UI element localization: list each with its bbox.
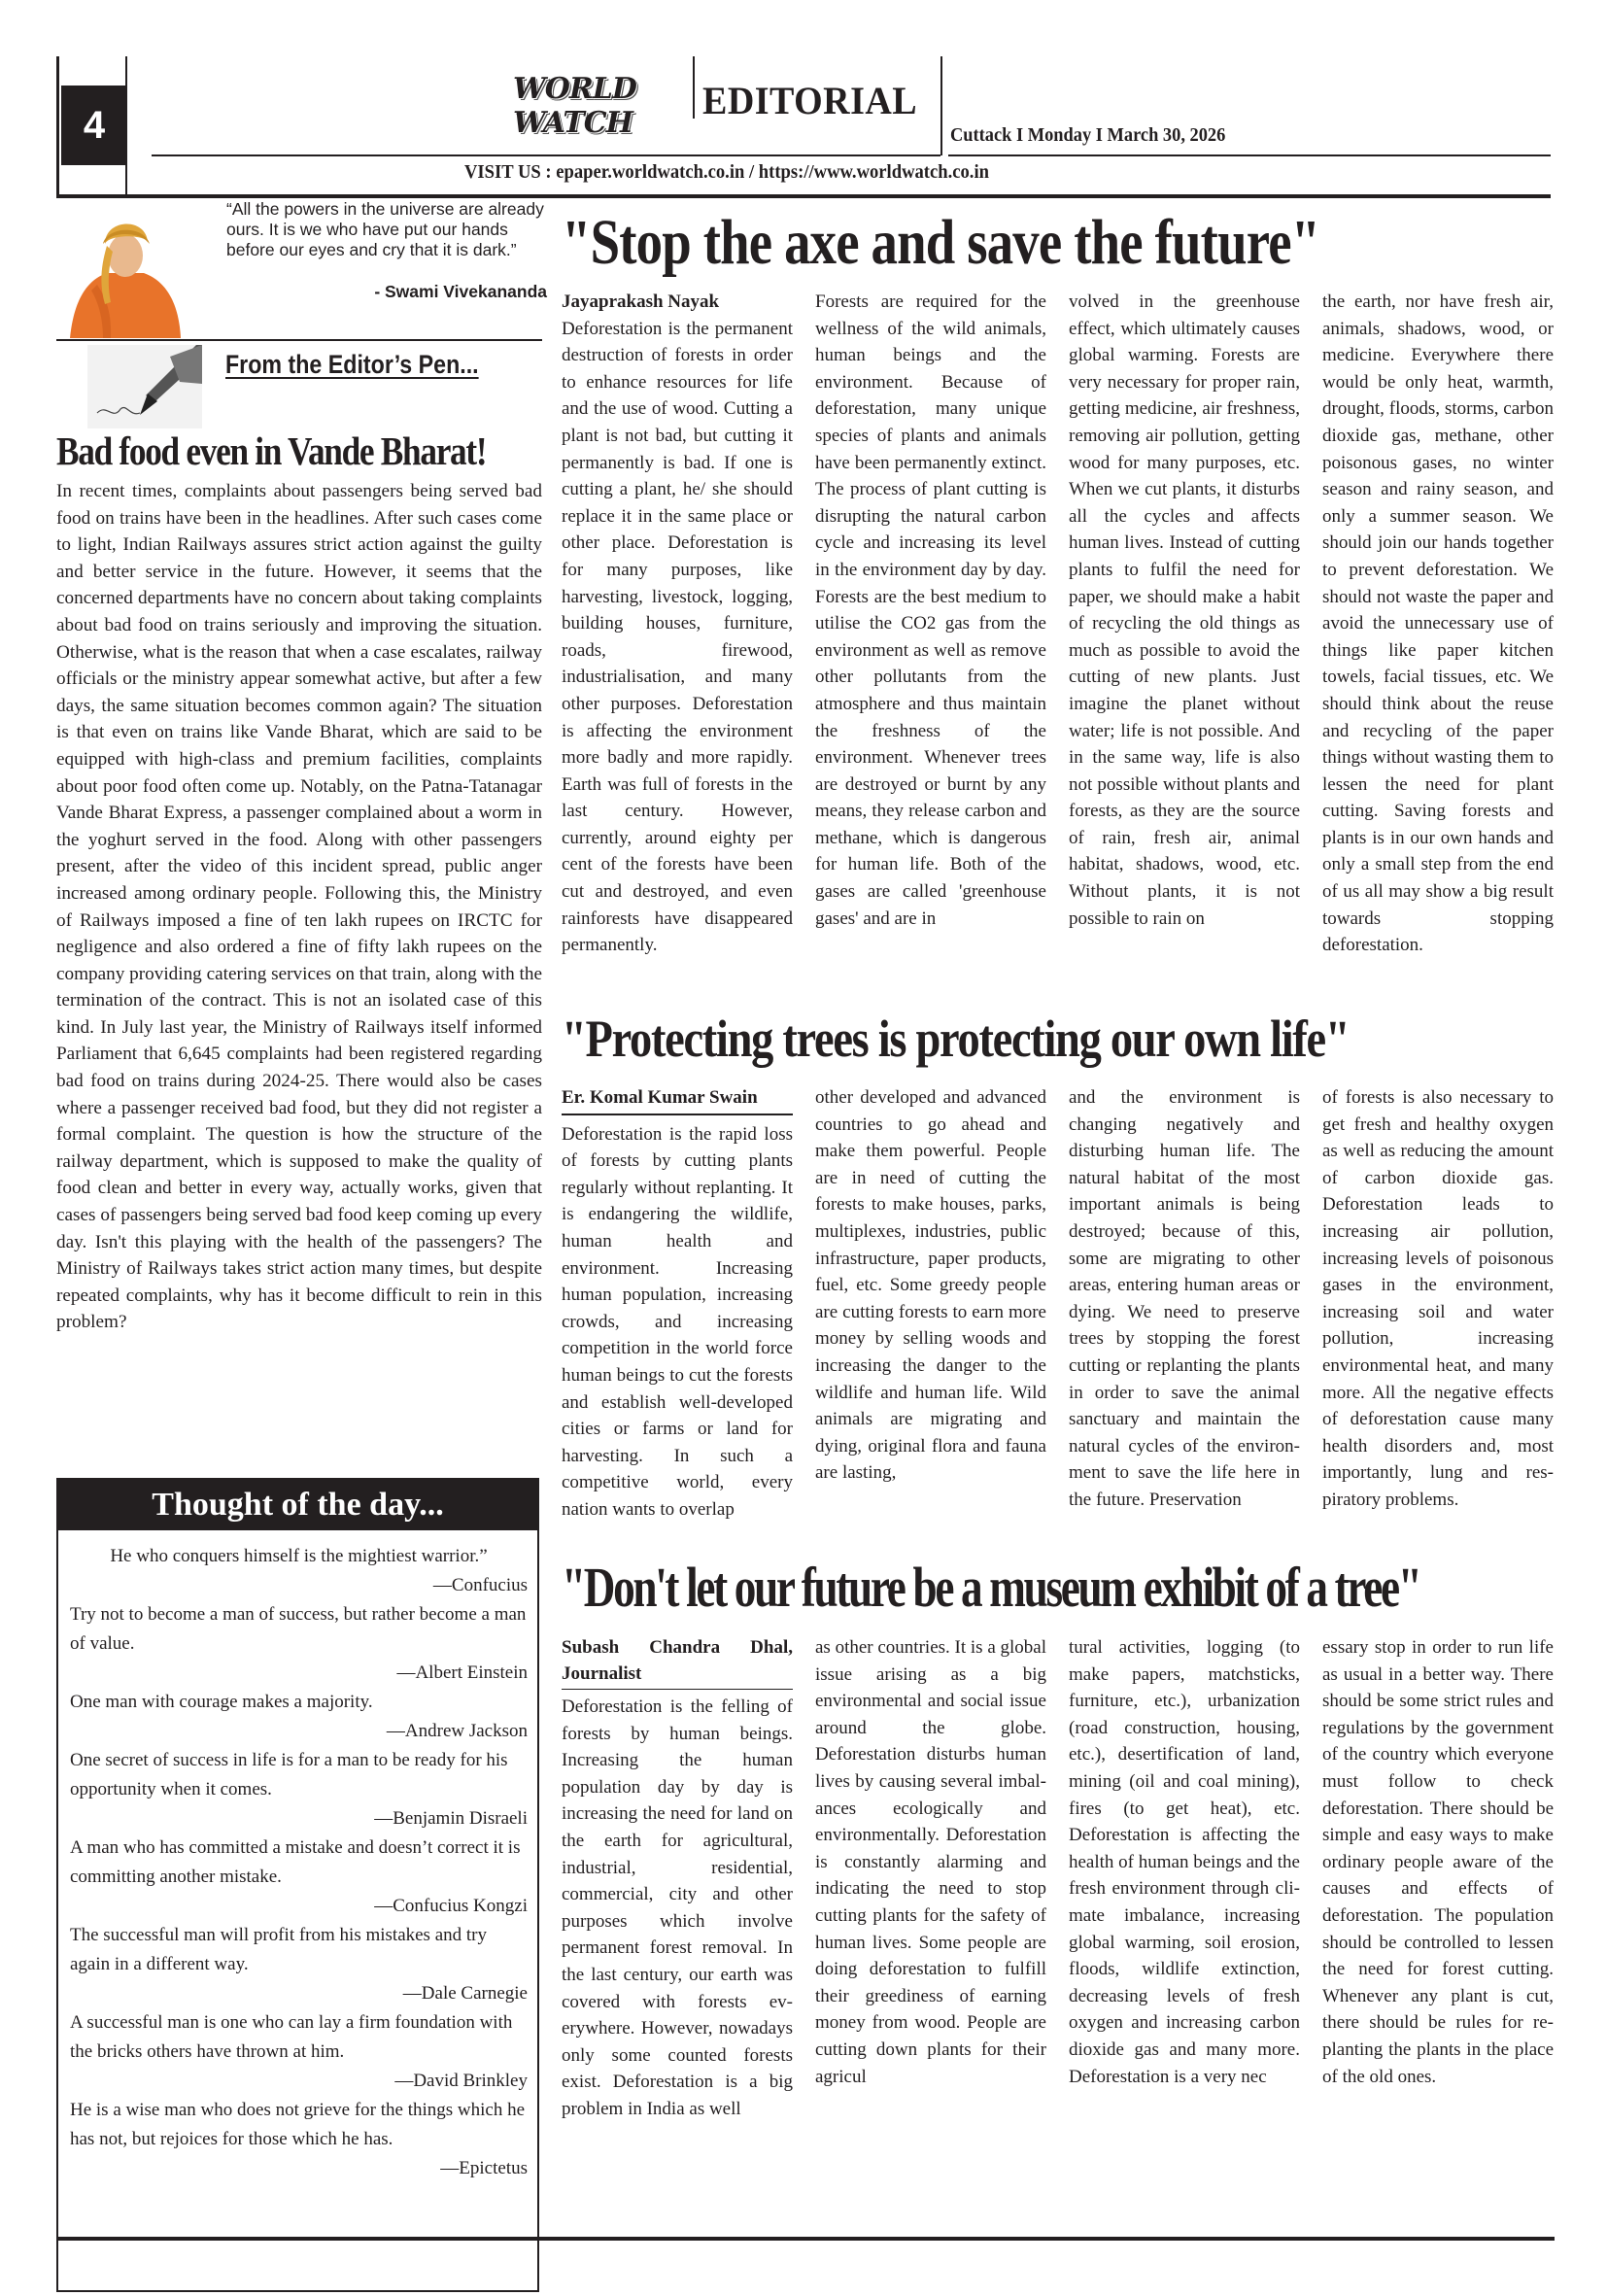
article-column: other developed and ad­vanced countries …	[815, 1084, 1046, 1524]
article-column: volved in the greenhouse effect, which u…	[1069, 289, 1300, 959]
column-text: tural activities, logging (to make paper…	[1069, 1634, 1300, 2090]
dateline: Cuttack I Monday I March 30, 2026	[950, 124, 1225, 147]
thought-author: —Confucius Kongzi	[70, 1892, 528, 1921]
column-text: the earth, nor have fresh air, animals, …	[1322, 289, 1554, 959]
rule	[56, 339, 542, 341]
article-column: and the environment is changing negative…	[1069, 1084, 1300, 1524]
thought-quote: Try not to become a man of success, but …	[70, 1600, 528, 1659]
article-column: of forests is also necessary to get fres…	[1322, 1084, 1554, 1524]
thought-author: —Andrew Jackson	[70, 1717, 528, 1746]
page-number-box: 4	[56, 56, 127, 197]
article-headline: "Protecting trees is protecting our own …	[562, 1009, 1414, 1069]
article-museum-exhibit: Subash Chandra Dhal, Journalist Deforest…	[562, 1634, 1555, 2123]
column-text: other developed and ad­vanced countries …	[815, 1084, 1046, 1487]
column-text: essary stop in order to run life as usua…	[1322, 1634, 1554, 2090]
thought-of-the-day-box: Thought of the day... He who conquers hi…	[56, 1478, 539, 2292]
thought-quote: A successful man is one who can lay a fi…	[70, 2008, 528, 2067]
article-column: Er. Komal Kumar Swain Deforestation is t…	[562, 1084, 793, 1524]
thought-quote: The successful man will profit from his …	[70, 1921, 528, 1979]
column-text: of forests is also necessary to get fres…	[1322, 1084, 1554, 1514]
website-links[interactable]: VISIT US : epaper.worldwatch.co.in / htt…	[464, 161, 989, 184]
thought-quote: He who conquers himself is the mightiest…	[70, 1542, 528, 1571]
thought-quote: One secret of success in life is for a m…	[70, 1746, 528, 1804]
rule	[948, 154, 1551, 156]
thought-author: —Dale Carnegie	[70, 1979, 528, 2008]
vivekananda-quote: “All the powers in the universe are alre…	[56, 199, 542, 304]
divider	[940, 56, 942, 155]
column-text: volved in the greenhouse effect, which u…	[1069, 289, 1300, 932]
column-text: and the environment is changing negative…	[1069, 1084, 1300, 1514]
byline: Subash Chandra Dhal, Journalist	[562, 1634, 793, 1690]
vivekananda-portrait-icon	[68, 207, 183, 338]
thought-quote: He is a wise man who does not grieve for…	[70, 2096, 528, 2154]
thought-author: —Albert Einstein	[70, 1659, 528, 1688]
article-stop-the-axe: Jayaprakash Nayak Deforestation is the p…	[562, 289, 1555, 959]
page-bottom-rule	[56, 2237, 1555, 2241]
article-protecting-trees: Er. Komal Kumar Swain Deforestation is t…	[562, 1084, 1555, 1524]
world-watch-logo: WORLD WATCH	[513, 82, 688, 140]
editorial-headline: Bad food even in Vande Bharat!	[56, 428, 478, 474]
article-headline: "Don't let our future be a museum exhibi…	[562, 1555, 1335, 1620]
column-text: as other countries. It is a global issue…	[815, 1634, 1046, 2090]
thought-quote: One man with courage makes a majority.	[70, 1688, 528, 1717]
byline: Er. Komal Kumar Swain	[562, 1084, 793, 1115]
column-text: Deforestation is the fell­ing of forests…	[562, 1694, 793, 2123]
column-text: Deforestation is the per­manent destruct…	[562, 316, 793, 959]
editors-pen-label: From the Editor’s Pen...	[225, 350, 479, 380]
column-text: Forests are required for the wellness of…	[815, 289, 1046, 932]
masthead: 4 WORLD WATCH EDITORIAL Cuttack I Monday…	[56, 56, 1551, 197]
article-headline: "Stop the axe and save the future"	[562, 206, 1385, 280]
article-column: tural activities, logging (to make paper…	[1069, 1634, 1300, 2123]
article-column: Subash Chandra Dhal, Journalist Deforest…	[562, 1634, 793, 2123]
rule	[152, 154, 940, 156]
thought-author: —David Brinkley	[70, 2067, 528, 2096]
editorial-body: In recent times, complaints about passen…	[56, 478, 542, 1336]
article-column: the earth, nor have fresh air, animals, …	[1322, 289, 1554, 959]
thought-list: He who conquers himself is the mightiest…	[58, 1530, 537, 2183]
page-number: 4	[61, 86, 127, 165]
article-column: essary stop in order to run life as usua…	[1322, 1634, 1554, 2123]
thought-author: —Epictetus	[70, 2154, 528, 2183]
fountain-pen-icon	[87, 345, 202, 428]
quote-text: “All the powers in the universe are alre…	[226, 199, 547, 260]
rule	[56, 194, 1551, 198]
section-title: EDITORIAL	[702, 78, 917, 123]
column-text: Deforestation is the rapid loss of fores…	[562, 1121, 793, 1524]
thought-of-the-day-title: Thought of the day...	[58, 1480, 537, 1530]
quote-author: - Swami Vivekananda	[226, 282, 547, 302]
article-column: Forests are required for the wellness of…	[815, 289, 1046, 959]
article-column: Jayaprakash Nayak Deforestation is the p…	[562, 289, 793, 959]
thought-quote: A man who has committed a mistake and do…	[70, 1833, 528, 1892]
divider	[693, 56, 695, 119]
byline: Jayaprakash Nayak	[562, 289, 793, 316]
thought-author: —Benjamin Disraeli	[70, 1804, 528, 1833]
thought-author: —Confucius	[70, 1571, 528, 1600]
article-column: as other countries. It is a global issue…	[815, 1634, 1046, 2123]
